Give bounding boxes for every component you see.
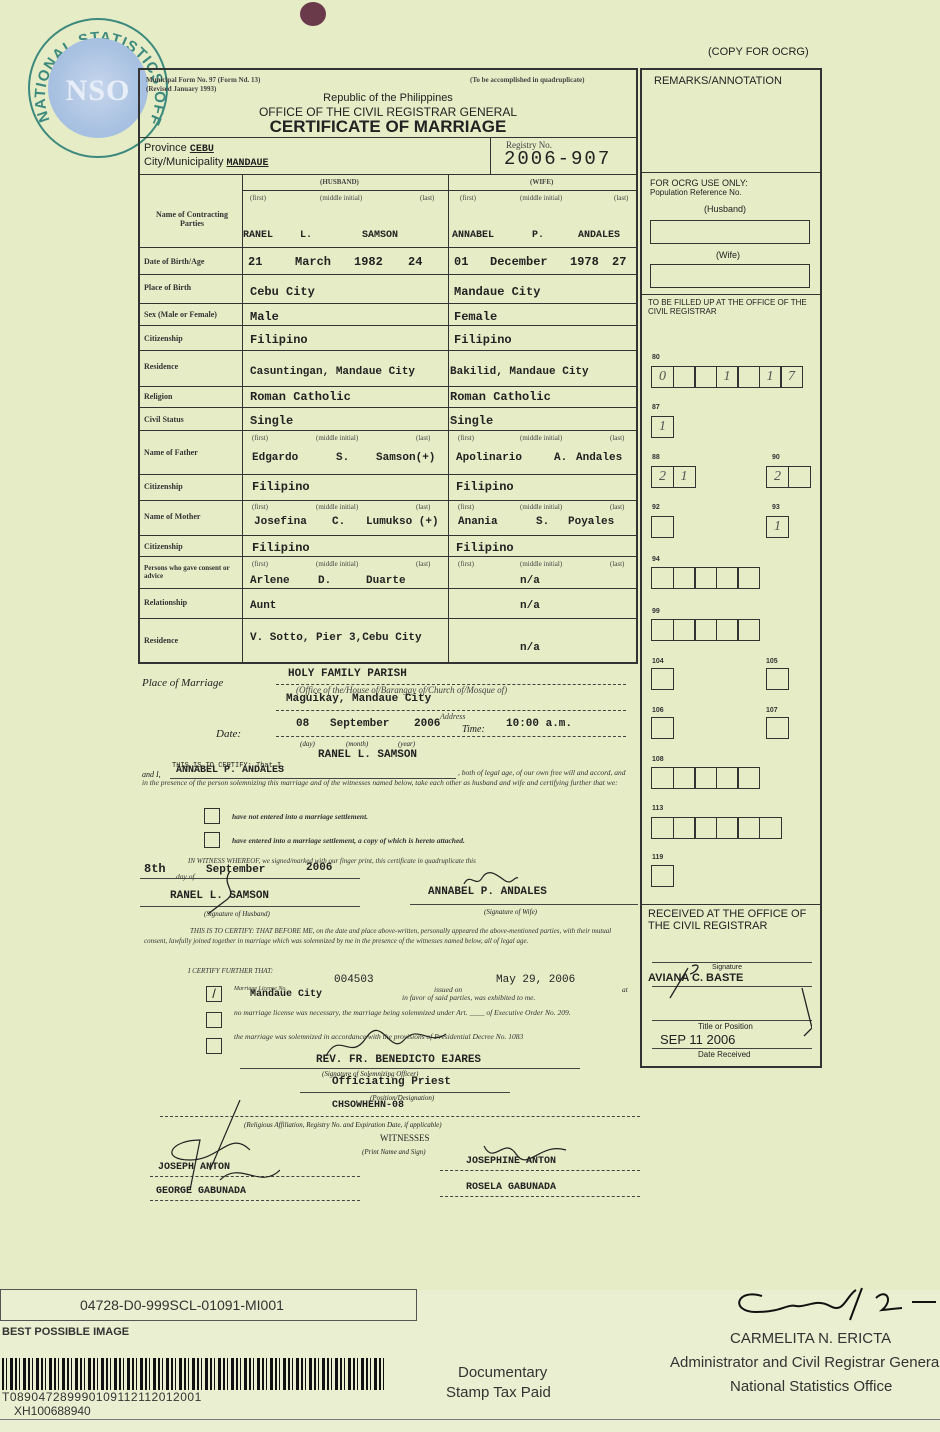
- code-107: 107: [766, 707, 778, 714]
- license-number: 004503: [334, 974, 374, 986]
- wife-residence: Bakilid, Mandaue City: [450, 366, 589, 378]
- wife-father-citizenship: Filipino: [456, 480, 514, 494]
- wife-consent-residence: n/a: [520, 642, 540, 654]
- label-consent-residence: Residence: [144, 636, 178, 645]
- certify-text: , both of legal age, of our own free wil…: [142, 768, 632, 788]
- caption: (last): [416, 434, 430, 442]
- caption: (first): [252, 434, 268, 442]
- wife-header: (WIFE): [530, 178, 553, 186]
- wife-mother-last: Poyales: [568, 516, 614, 528]
- code-104-cells[interactable]: [651, 668, 673, 690]
- husband-mother-first: Josefina: [254, 516, 307, 528]
- label-consent: Persons who gave consent or advice: [144, 564, 240, 580]
- best-image-label: BEST POSSIBLE IMAGE: [2, 1326, 129, 1338]
- code-99: 99: [652, 608, 660, 615]
- w-last-caption: (last): [614, 194, 628, 202]
- husband-mother-last: Lumukso (+): [366, 516, 439, 528]
- code-80-cells[interactable]: 0117: [651, 366, 802, 388]
- witness-year: 2006: [306, 862, 332, 874]
- barcode: [2, 1358, 387, 1390]
- pop-husband-field[interactable]: [650, 220, 810, 244]
- consent-middle: D.: [318, 575, 331, 587]
- wife-signature-scribble-icon: [460, 870, 520, 890]
- code-105-cells[interactable]: [766, 668, 788, 690]
- code-105: 105: [766, 658, 778, 665]
- code-113-cells[interactable]: [651, 817, 780, 839]
- husband-citizenship: Filipino: [250, 333, 308, 347]
- witness-day: 8th: [144, 862, 166, 876]
- officer-name: REV. FR. BENEDICTO EJARES: [316, 1054, 481, 1066]
- code-94: 94: [652, 556, 660, 563]
- caption: (middle initial): [520, 434, 562, 442]
- label-father-citizenship: Citizenship: [144, 482, 183, 491]
- ocrg-use-label: FOR OCRG USE ONLY:: [650, 178, 748, 188]
- code-94-cells[interactable]: [651, 567, 759, 589]
- label-pob: Place of Birth: [144, 283, 191, 292]
- code-119-cells[interactable]: [651, 865, 673, 887]
- page-title: CERTIFICATE OF MARRIAGE: [140, 117, 636, 137]
- husband-mother-citizenship: Filipino: [252, 541, 310, 555]
- consent-first: Arlene: [250, 575, 290, 587]
- code-88: 88: [652, 454, 660, 461]
- no-license-text: no marriage license was necessary, the m…: [234, 1008, 634, 1018]
- certify-further: I CERTIFY FURTHER THAT:: [188, 966, 273, 976]
- copy-for-ocrg: (COPY FOR OCRG): [708, 46, 809, 58]
- address-caption: Address: [440, 712, 465, 721]
- day-of: day of: [176, 872, 195, 882]
- pop-wife-field[interactable]: [650, 264, 810, 288]
- caption: (first): [458, 560, 474, 568]
- husband-father-last: Samson(+): [376, 452, 435, 464]
- husband-dob-day: 21: [248, 255, 262, 269]
- caption: (first): [458, 434, 474, 442]
- wife-age: 27: [612, 255, 626, 269]
- caption: (middle initial): [520, 560, 562, 568]
- wife-father-last: Andales: [576, 452, 622, 464]
- time-label: Time:: [462, 724, 485, 735]
- wife-last: ANDALES: [578, 230, 620, 241]
- wife-civil-status: Single: [450, 414, 493, 428]
- certify-husband: RANEL L. SAMSON: [318, 749, 417, 761]
- code-99-cells[interactable]: [651, 619, 759, 641]
- caption: (middle initial): [316, 560, 358, 568]
- doc-code: 04728-D0-999SCL-01091-MI001: [80, 1297, 284, 1313]
- settlement-label: have entered into a marriage settlement,…: [232, 836, 465, 846]
- fill-up-label: TO BE FILLED UP AT THE OFFICE OF THE CIV…: [648, 298, 813, 316]
- witness-signature-scribble-2-icon: [480, 1136, 570, 1166]
- h-last-caption: (last): [420, 194, 434, 202]
- settlement-checkbox[interactable]: [204, 832, 220, 848]
- wife-father-first: Apolinario: [456, 452, 522, 464]
- republic-label: Republic of the Philippines: [140, 92, 636, 104]
- address-value: Maguikay, Mandaue City: [286, 693, 431, 705]
- pd1083-checkbox[interactable]: [206, 1038, 222, 1054]
- wife-pob: Mandaue City: [454, 285, 540, 299]
- code-107-cells[interactable]: [766, 717, 788, 739]
- ocrg-panel: REMARKS/ANNOTATION FOR OCRG USE ONLY: Po…: [640, 68, 822, 1068]
- signatory-title: Administrator and Civil Registrar Genera…: [670, 1354, 940, 1371]
- label-mother-citizenship: Citizenship: [144, 542, 183, 551]
- wife-father-middle: A.: [554, 452, 567, 464]
- husband-header: (HUSBAND): [320, 178, 359, 186]
- caption: (first): [252, 560, 268, 568]
- license-text: in favor of said parties, was exhibited …: [402, 993, 535, 1003]
- code-87-cells[interactable]: 1: [651, 416, 673, 438]
- code-106-cells[interactable]: [651, 717, 673, 739]
- husband-residence: Casuntingan, Mandaue City: [250, 366, 415, 378]
- no-license-checkbox[interactable]: [206, 1012, 222, 1028]
- officer-position: Officiating Priest: [332, 1076, 451, 1088]
- code-80: 80: [652, 354, 660, 361]
- marriage-time: 10:00 a.m.: [506, 718, 572, 730]
- no-settlement-checkbox[interactable]: [204, 808, 220, 824]
- wife-citizenship: Filipino: [454, 333, 512, 347]
- caption: (middle initial): [520, 503, 562, 511]
- seal-nso-text: NSO: [48, 74, 148, 108]
- code-108: 108: [652, 756, 664, 763]
- caption: (last): [610, 434, 624, 442]
- province-value: CEBU: [190, 144, 214, 155]
- w-first-caption: (first): [460, 194, 476, 202]
- husband-middle: L.: [300, 230, 312, 241]
- code-104: 104: [652, 658, 664, 665]
- at-label: at: [622, 985, 628, 995]
- husband-father-middle: S.: [336, 452, 349, 464]
- code-93-cells[interactable]: 1: [766, 516, 788, 538]
- label-civil-status: Civil Status: [144, 415, 184, 424]
- punch-hole: [300, 2, 326, 26]
- pop-wife-label: (Wife): [716, 250, 740, 260]
- marriage-day: 08: [296, 718, 309, 730]
- signatory-office: National Statistics Office: [730, 1378, 892, 1395]
- code-88-cells[interactable]: 21: [651, 466, 694, 488]
- label-religion: Religion: [144, 392, 172, 401]
- month-caption: (month): [346, 740, 368, 748]
- h-first-caption: (first): [250, 194, 266, 202]
- h-middle-caption: (middle initial): [320, 194, 362, 202]
- code-119: 119: [652, 854, 663, 861]
- province-label: Province: [144, 142, 187, 154]
- w-middle-caption: (middle initial): [520, 194, 562, 202]
- label-mother: Name of Mother: [144, 512, 200, 521]
- day-caption: (day): [300, 740, 315, 748]
- code-108-cells[interactable]: [651, 767, 759, 789]
- quadruplicate-note: (To be accomplished in quadruplicate): [470, 76, 584, 84]
- stamp-line-1: Documentary: [458, 1364, 547, 1381]
- husband-pob: Cebu City: [250, 285, 315, 299]
- caption: (last): [416, 560, 430, 568]
- wife-mother-citizenship: Filipino: [456, 541, 514, 555]
- code-90: 90: [772, 454, 780, 461]
- caption: (first): [458, 503, 474, 511]
- husband-first: RANEL: [243, 230, 273, 241]
- code-113: 113: [652, 805, 663, 812]
- label-father: Name of Father: [144, 448, 198, 457]
- husband-civil-status: Single: [250, 414, 293, 428]
- year-caption: (year): [398, 740, 415, 748]
- label-dob: Date of Birth/Age: [144, 257, 204, 266]
- receiver-signature-scribble-icon: [662, 928, 812, 1038]
- label-residence: Residence: [144, 362, 178, 371]
- form-number: Municipal Form No. 97 (Form Nd. 13): [146, 76, 260, 84]
- date-received-caption: Date Received: [698, 1050, 750, 1059]
- label-citizenship: Citizenship: [144, 334, 183, 343]
- wife-mother-middle: S.: [536, 516, 549, 528]
- marriage-year: 2006: [414, 718, 440, 730]
- wife-relationship: n/a: [520, 600, 540, 612]
- officer-registry: CHSOWHEHN-08: [332, 1100, 404, 1111]
- city-value: MANDAUE: [227, 158, 269, 169]
- caption: (last): [610, 503, 624, 511]
- husband-mother-middle: C.: [332, 516, 345, 528]
- husband-father-citizenship: Filipino: [252, 480, 310, 494]
- footer-divider: [0, 1419, 940, 1420]
- serial-number: XH100688940: [14, 1404, 91, 1418]
- husband-religion: Roman Catholic: [250, 390, 351, 404]
- remarks-label: REMARKS/ANNOTATION: [654, 75, 782, 87]
- husband-signature-scribble-icon: [200, 866, 260, 916]
- witness-signature-scribble-icon: [150, 1100, 280, 1200]
- wife-mother-first: Anania: [458, 516, 498, 528]
- marriage-month: September: [330, 718, 389, 730]
- witness-4: ROSELA GABUNADA: [466, 1182, 556, 1193]
- wife-sex: Female: [454, 310, 497, 324]
- license-checkbox[interactable]: /: [206, 986, 222, 1002]
- label-sex: Sex (Male or Female): [144, 310, 217, 319]
- signatory-name: CARMELITA N. ERICTA: [730, 1330, 891, 1347]
- date-label: Date:: [216, 728, 241, 740]
- barcode-text: T08904728999010911211201200​1: [2, 1390, 202, 1404]
- wife-religion: Roman Catholic: [450, 390, 551, 404]
- wife-dob-year: 1978: [570, 255, 599, 269]
- caption: (last): [416, 503, 430, 511]
- code-92-cells[interactable]: [651, 516, 673, 538]
- code-90-cells[interactable]: 2: [766, 466, 809, 488]
- no-settlement-label: have not entered into a marriage settlem…: [232, 812, 368, 822]
- wife-dob-month: December: [490, 255, 548, 269]
- pop-husband-label: (Husband): [704, 204, 746, 214]
- code-92: 92: [652, 504, 660, 511]
- code-93: 93: [772, 504, 780, 511]
- label-name: Name of Contracting Parties: [144, 210, 240, 228]
- code-106: 106: [652, 707, 664, 714]
- marriage-form: Municipal Form No. 97 (Form Nd. 13) (Rev…: [138, 68, 638, 664]
- wife-signature-caption: (Signature of Wife): [484, 908, 537, 916]
- registrar-signature-icon: [726, 1284, 940, 1324]
- seal-emblem: NSO: [48, 38, 148, 138]
- wife-middle: P.: [532, 230, 544, 241]
- label-relationship: Relationship: [144, 598, 187, 607]
- issued-place: Mandaue City: [250, 989, 322, 1000]
- witnesses-title: WITNESSES: [380, 1133, 430, 1143]
- consent-last: Duarte: [366, 575, 406, 587]
- issued-date: May 29, 2006: [496, 974, 575, 986]
- husband-father-first: Edgardo: [252, 452, 298, 464]
- caption: (middle initial): [316, 503, 358, 511]
- husband-last: SAMSON: [362, 230, 398, 241]
- registry-number: 2006-907: [504, 148, 611, 170]
- caption: (last): [610, 560, 624, 568]
- code-87: 87: [652, 404, 660, 411]
- wife-first: ANNABEL: [452, 230, 494, 241]
- consent-residence: V. Sotto, Pier 3,Cebu City: [250, 632, 422, 644]
- caption: (middle initial): [316, 434, 358, 442]
- solemnizer-text: THIS IS TO CERTIFY: THAT BEFORE ME, on t…: [144, 926, 634, 946]
- husband-age: 24: [408, 255, 422, 269]
- stamp-line-2: Stamp Tax Paid: [446, 1384, 551, 1401]
- pop-ref-label: Population Reference No.: [650, 188, 742, 197]
- husband-sex: Male: [250, 310, 279, 324]
- husband-dob-year: 1982: [354, 255, 383, 269]
- witnesses-caption: (Print Name and Sign): [362, 1148, 426, 1156]
- place-value: HOLY FAMILY PARISH: [288, 668, 407, 680]
- consent-relationship: Aunt: [250, 600, 276, 612]
- wife-consent: n/a: [520, 575, 540, 587]
- city-label: City/Municipality: [144, 156, 223, 168]
- husband-dob-month: March: [295, 255, 331, 269]
- wife-dob-day: 01: [454, 255, 468, 269]
- caption: (first): [252, 503, 268, 511]
- place-label: Place of Marriage: [142, 677, 223, 689]
